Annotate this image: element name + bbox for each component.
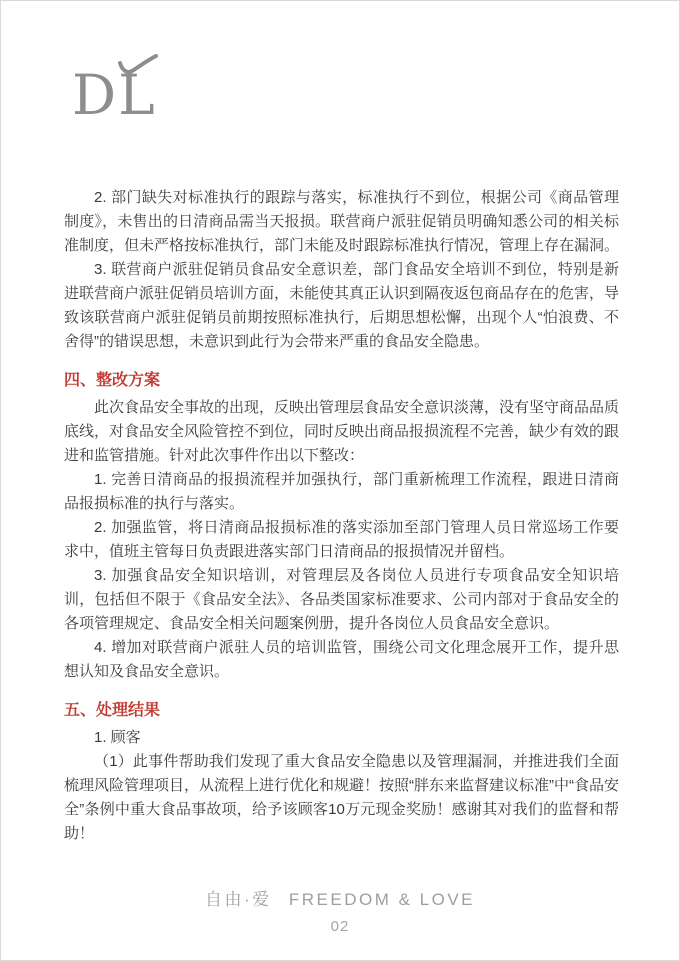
footer-slogan-en: FREEDOM & LOVE xyxy=(289,890,475,909)
section-heading-rectification-plan: 四、整改方案 xyxy=(64,370,619,392)
paragraph: 3. 加强食品安全知识培训，对管理层及各岗位人员进行专项食品安全知识培训，包括但… xyxy=(64,564,619,636)
document-page: DL 2. 部门缺失对标准执行的跟踪与落实，标准执行不到位，根据公司《商品管理制… xyxy=(0,0,680,961)
paragraph: 1. 顾客 xyxy=(64,726,619,750)
brand-logo: DL xyxy=(72,54,168,124)
document-body: 2. 部门缺失对标准执行的跟踪与落实，标准执行不到位，根据公司《商品管理制度》，… xyxy=(64,186,619,846)
footer-slogan: 自由·爱 FREEDOM & LOVE xyxy=(1,885,679,910)
logo-text: DL xyxy=(72,66,157,124)
paragraph: （1）此事件帮助我们发现了重大食品安全隐患以及管理漏洞，并推进我们全面梳理风险管… xyxy=(64,750,619,846)
page-number: 02 xyxy=(1,918,679,935)
paragraph: 4. 增加对联营商户派驻人员的培训监管，围绕公司文化理念展开工作，提升思想认知及… xyxy=(64,636,619,684)
paragraph: 2. 加强监管，将日清商品报损标准的落实添加至部门管理人员日常巡场工作要求中，值… xyxy=(64,516,619,564)
section-heading-handling-result: 五、处理结果 xyxy=(64,700,619,722)
paragraph: 1. 完善日清商品的报损流程并加强执行，部门重新梳理工作流程，跟进日清商品报损标… xyxy=(64,468,619,516)
paragraph: 3. 联营商户派驻促销员食品安全意识差，部门食品安全培训不到位，特别是新进联营商… xyxy=(64,258,619,354)
paragraph: 2. 部门缺失对标准执行的跟踪与落实，标准执行不到位，根据公司《商品管理制度》，… xyxy=(64,186,619,258)
footer-slogan-cn: 自由·爱 xyxy=(205,890,272,909)
paragraph: 此次食品安全事故的出现，反映出管理层食品安全意识淡薄，没有坚守商品品质底线，对食… xyxy=(64,396,619,468)
